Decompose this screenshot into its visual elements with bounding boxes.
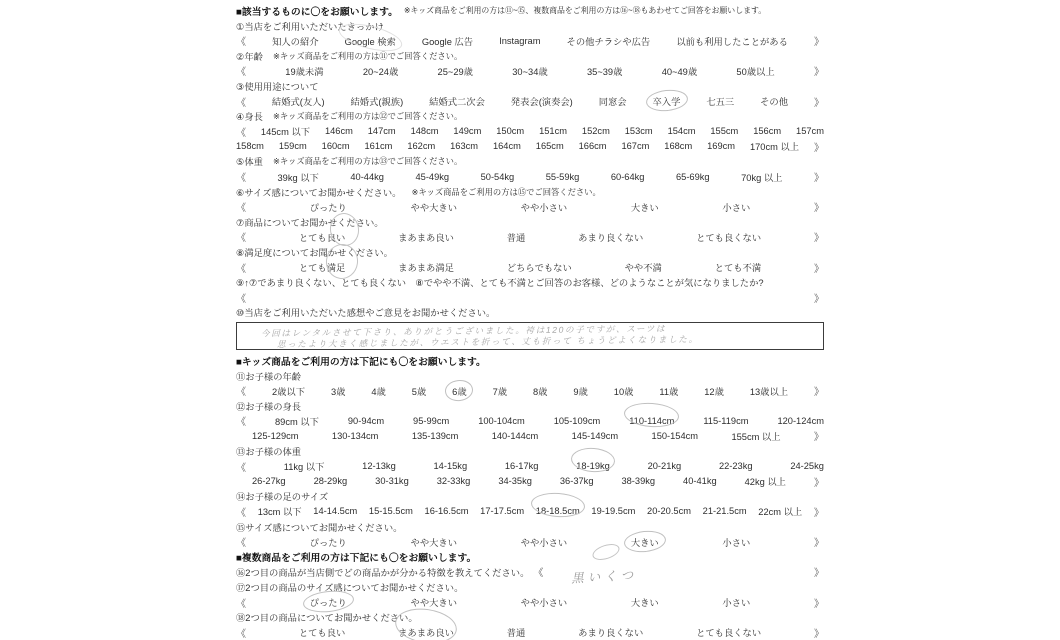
- option: 知人の紹介: [272, 34, 319, 48]
- option: 11歳: [659, 384, 678, 398]
- open-bracket: 《: [236, 124, 246, 139]
- question-label: ⑫お子様の身長: [236, 398, 824, 413]
- section-title: ■複数商品をご利用の方は下記にも〇をお願いします。: [236, 550, 476, 564]
- open-bracket: 《: [236, 383, 246, 398]
- close-bracket: 》: [814, 564, 824, 579]
- question-with-answer: ⑯2つ目の商品が当店側でどの商品かが分かる特徴を教えてください。《黒いくつ》: [236, 564, 824, 579]
- option: 28-29kg: [314, 476, 348, 486]
- option: とても良い: [299, 625, 346, 639]
- option: 大きい: [631, 595, 659, 609]
- question-label: ③使用用途について: [236, 78, 824, 93]
- option: 10歳: [614, 384, 634, 398]
- option: 14-15kg: [434, 461, 468, 471]
- option: 164cm: [493, 141, 521, 151]
- option: 26-27kg: [252, 476, 286, 486]
- option: 150cm: [496, 126, 524, 136]
- options-row: 《89cm 以下90-94cm95-99cm100-104cm105-109cm…: [236, 413, 824, 428]
- question-text: ⑧満足度についてお聞かせください。: [236, 245, 393, 259]
- options-row: 《とても良いまあまあ良い普通あまり良くないとても良くない》: [236, 229, 824, 244]
- option: 140-144cm: [492, 431, 539, 441]
- option-circled: 6歳: [452, 384, 466, 398]
- option: やや大きい: [411, 535, 458, 549]
- question-text: ③使用用途について: [236, 79, 319, 93]
- option: 153cm: [625, 126, 653, 136]
- option: 14-14.5cm: [313, 506, 357, 516]
- option: 156cm: [753, 126, 781, 136]
- option-circled: 18-18.5cm: [536, 506, 580, 516]
- open-bracket: 《: [236, 199, 246, 214]
- option: 19-19.5cm: [591, 506, 635, 516]
- option: 発表会(演奏会): [511, 94, 573, 108]
- question-label: ⑮サイズ感についてお聞かせください。: [236, 519, 824, 534]
- options-row: 《ぴったりやや大きいやや小さい大きい小さい》: [236, 199, 824, 214]
- option: 42kg 以上: [745, 474, 786, 488]
- option: 17-17.5cm: [480, 506, 524, 516]
- close-bracket: 》: [814, 33, 824, 48]
- options-row: 《13cm 以下14-14.5cm15-15.5cm16-16.5cm17-17…: [236, 504, 824, 519]
- scanned-survey-page: ■該当するものに〇をお願いします。※キッズ商品をご利用の方は⑪~⑮、複数商品をご…: [0, 0, 1060, 640]
- open-bracket: 《: [236, 625, 246, 640]
- option: 3歳: [331, 384, 345, 398]
- question-note: ※キッズ商品をご利用の方は⑫でご回答ください。: [273, 110, 462, 122]
- close-bracket: 》: [814, 534, 824, 549]
- option: 25~29歳: [438, 64, 473, 78]
- option: 40-44kg: [350, 172, 384, 182]
- option: Instagram: [499, 36, 540, 46]
- option: 146cm: [325, 126, 353, 136]
- question-note: ※キッズ商品をご利用の方は⑬でご回答ください。: [273, 155, 462, 167]
- option: 105-109cm: [554, 416, 601, 426]
- option: 40~49歳: [662, 64, 697, 78]
- option: 16-17kg: [505, 461, 539, 471]
- option: 8歳: [533, 384, 547, 398]
- section-kids: ■キッズ商品をご利用の方は下記にも〇をお願いします。: [236, 353, 824, 368]
- close-bracket: 》: [814, 199, 824, 214]
- option: 24-25kg: [790, 461, 824, 471]
- option: 20-21kg: [648, 461, 682, 471]
- option: どちらでもない: [507, 260, 572, 274]
- option: やや大きい: [411, 200, 458, 214]
- option-circled: 大きい: [631, 535, 659, 549]
- option: 同窓会: [599, 94, 627, 108]
- option: 普通: [507, 625, 526, 639]
- option: 12-13kg: [362, 461, 396, 471]
- option: 149cm: [453, 126, 481, 136]
- question-label: ⑭お子様の足のサイズ: [236, 489, 824, 504]
- option: 結婚式二次会: [429, 94, 485, 108]
- option: とても良くない: [696, 230, 761, 244]
- options-row: 158cm159cm160cm161cm162cm163cm164cm165cm…: [236, 139, 824, 154]
- open-bracket: 《: [236, 290, 246, 305]
- option: 大きい: [631, 200, 659, 214]
- option: 結婚式(友人): [272, 94, 325, 108]
- question-label: ⑨↑⑦であまり良くない、とても良くない ⑧でやや不満、とても不満とご回答のお客様…: [236, 275, 824, 290]
- question-text: ④身長: [236, 109, 263, 123]
- option: 20-20.5cm: [647, 506, 691, 516]
- option: 2歳以下: [272, 384, 305, 398]
- option: 小さい: [722, 595, 750, 609]
- option-circled: Google 検索: [345, 34, 396, 48]
- option: とても満足: [299, 260, 346, 274]
- options-row: 《とても満足まあまあ満足どちらでもないやや不満とても不満》: [236, 260, 824, 275]
- question-text: ⑬お子様の体重: [236, 444, 301, 458]
- option: 19歳未満: [285, 64, 323, 78]
- option: 55-59kg: [546, 172, 580, 182]
- option: 155cm 以上: [731, 429, 780, 443]
- question-label: ②年齢※キッズ商品をご利用の方は⑪でご回答ください。: [236, 48, 824, 63]
- question-text: ②年齢: [236, 49, 263, 63]
- options-row: 《ぴったりやや大きいやや小さい大きい小さい》: [236, 594, 824, 609]
- option-circled: 卒入学: [653, 94, 681, 108]
- option: 小さい: [722, 200, 750, 214]
- question-text: ⑫お子様の身長: [236, 399, 301, 413]
- question-text: ⑱2つ目の商品についてお聞かせください。: [236, 610, 418, 624]
- option: 154cm: [668, 126, 696, 136]
- option-circled: ぴったり: [310, 595, 347, 609]
- option: 4歳: [371, 384, 385, 398]
- open-bracket: 《: [236, 459, 246, 474]
- option: 167cm: [621, 141, 649, 151]
- question-label: ④身長※キッズ商品をご利用の方は⑫でご回答ください。: [236, 109, 824, 124]
- option: 11kg 以下: [284, 459, 325, 473]
- close-bracket: 》: [814, 625, 824, 640]
- option: やや小さい: [521, 595, 568, 609]
- option: 70kg 以上: [741, 170, 782, 184]
- question-note: ※キッズ商品をご利用の方は⑪でご回答ください。: [273, 50, 462, 62]
- question-label: ⑥サイズ感についてお聞かせください。※キッズ商品をご利用の方は⑮でご回答ください…: [236, 184, 824, 199]
- option: とても不満: [715, 260, 762, 274]
- open-bracket: 《: [236, 169, 246, 184]
- section-title: ■キッズ商品をご利用の方は下記にも〇をお願いします。: [236, 354, 486, 368]
- question-text: ⑯2つ目の商品が当店側でどの商品かが分かる特徴を教えてください。: [236, 565, 529, 579]
- question-text: ⑰2つ目の商品のサイズ感についてお聞かせください。: [236, 580, 463, 594]
- option: 以前も利用したことがある: [676, 34, 788, 48]
- close-bracket: 》: [814, 504, 824, 519]
- question-text: ⑮サイズ感についてお聞かせください。: [236, 520, 402, 534]
- close-bracket: 》: [814, 428, 824, 443]
- question-label: ⑧満足度についてお聞かせください。: [236, 245, 824, 260]
- option: 7歳: [493, 384, 507, 398]
- option: その他チラシや広告: [567, 34, 651, 48]
- options-row: 《2歳以下3歳4歳5歳6歳7歳8歳9歳10歳11歳12歳13歳以上》: [236, 383, 824, 398]
- options-row: 《ぴったりやや大きいやや小さい大きい小さい》: [236, 534, 824, 549]
- option: とても良い: [299, 230, 346, 244]
- option: 130-134cm: [332, 431, 379, 441]
- option: 50-54kg: [481, 172, 515, 182]
- option: 120-124cm: [777, 416, 824, 426]
- option: 60-64kg: [611, 172, 645, 182]
- option: 38-39kg: [621, 476, 655, 486]
- section-title: ■該当するものに〇をお願いします。: [236, 4, 398, 18]
- option: 157cm: [796, 126, 824, 136]
- close-bracket: 》: [814, 290, 824, 305]
- option: 65-69kg: [676, 172, 710, 182]
- question-text: ⑦商品についてお聞かせください。: [236, 215, 384, 229]
- option: まあまあ満足: [398, 260, 454, 274]
- options-row: 125-129cm130-134cm135-139cm140-144cm145-…: [236, 428, 824, 443]
- option: 22cm 以上: [758, 504, 802, 518]
- close-bracket: 》: [814, 169, 824, 184]
- options-row: 《結婚式(友人)結婚式(親族)結婚式二次会発表会(演奏会)同窓会卒入学七五三その…: [236, 94, 824, 109]
- option: 16-16.5cm: [425, 506, 469, 516]
- option: 151cm: [539, 126, 567, 136]
- section-note: ※キッズ商品をご利用の方は⑪~⑮、複数商品をご利用の方は⑯~⑱もあわせてご回答を…: [404, 5, 766, 16]
- option: まあまあ良い: [398, 230, 454, 244]
- question-label: ⑰2つ目の商品のサイズ感についてお聞かせください。: [236, 579, 824, 594]
- open-bracket: 《: [236, 229, 246, 244]
- option: 163cm: [450, 141, 478, 151]
- option: 145-149cm: [572, 431, 619, 441]
- option: 50歳以上: [736, 64, 774, 78]
- question-label: ⑩当店をご利用いただいた感想やご意見をお聞かせください。: [236, 305, 824, 320]
- options-row: 《》: [236, 290, 824, 305]
- question-label: ⑱2つ目の商品についてお聞かせください。: [236, 610, 824, 625]
- close-bracket: 》: [814, 260, 824, 275]
- question-text: ⑭お子様の足のサイズ: [236, 489, 328, 503]
- option: 30~34歳: [512, 64, 547, 78]
- option: ぴったり: [310, 200, 347, 214]
- option: 168cm: [664, 141, 692, 151]
- option: 小さい: [722, 535, 750, 549]
- option: 145cm 以下: [261, 124, 310, 138]
- options-row: 26-27kg28-29kg30-31kg32-33kg34-35kg36-37…: [236, 474, 824, 489]
- option: 152cm: [582, 126, 610, 136]
- question-note: ※キッズ商品をご利用の方は⑮でご回答ください。: [411, 186, 600, 198]
- option: 32-33kg: [437, 476, 471, 486]
- question-text: ⑤体重: [236, 154, 263, 168]
- question-text: ⑥サイズ感についてお聞かせください。: [236, 185, 401, 199]
- open-bracket: 《: [236, 534, 246, 549]
- option: やや小さい: [521, 200, 568, 214]
- option: 9歳: [573, 384, 587, 398]
- close-bracket: 》: [814, 229, 824, 244]
- option: あまり良くない: [578, 625, 643, 639]
- option: やや大きい: [411, 595, 458, 609]
- option: 22-23kg: [719, 461, 753, 471]
- option: ぴったり: [310, 535, 347, 549]
- option: 13歳以上: [750, 384, 788, 398]
- option: 165cm: [536, 141, 564, 151]
- survey-form: ■該当するものに〇をお願いします。※キッズ商品をご利用の方は⑪~⑮、複数商品をご…: [236, 3, 824, 640]
- open-bracket: 《: [236, 63, 246, 78]
- options-row: 《39kg 以下40-44kg45-49kg50-54kg55-59kg60-6…: [236, 169, 824, 184]
- option: 90-94cm: [348, 416, 384, 426]
- option: 170cm 以上: [750, 139, 799, 153]
- option-circled: 18-19kg: [576, 461, 610, 471]
- option: 95-99cm: [413, 416, 449, 426]
- option: 169cm: [707, 141, 735, 151]
- option: 七五三: [706, 94, 734, 108]
- options-row: 《145cm 以下146cm147cm148cm149cm150cm151cm1…: [236, 124, 824, 139]
- option: とても良くない: [696, 625, 761, 639]
- option: 135-139cm: [412, 431, 459, 441]
- close-bracket: 》: [814, 63, 824, 78]
- option: 115-119cm: [703, 416, 748, 426]
- option: 100-104cm: [478, 416, 525, 426]
- option: 39kg 以下: [278, 170, 319, 184]
- option: 159cm: [279, 141, 307, 151]
- option: 普通: [507, 230, 526, 244]
- comment-box: 今回はレンタルさせて下さり、ありがとうございました。袴は120の子ですが、スーツ…: [236, 322, 824, 350]
- option: 166cm: [579, 141, 607, 151]
- open-bracket: 《: [236, 260, 246, 275]
- option: 13cm 以下: [258, 504, 302, 518]
- option: 36-37kg: [560, 476, 594, 486]
- option: 5歳: [412, 384, 426, 398]
- question-text: ①当店をご利用いただいたきっかけ: [236, 19, 384, 33]
- section-main: ■該当するものに〇をお願いします。※キッズ商品をご利用の方は⑪~⑮、複数商品をご…: [236, 3, 824, 18]
- open-bracket: 《: [236, 595, 246, 610]
- close-bracket: 》: [814, 94, 824, 109]
- question-label: ⑤体重※キッズ商品をご利用の方は⑬でご回答ください。: [236, 154, 824, 169]
- open-bracket: 《: [236, 504, 246, 519]
- option: やや小さい: [521, 535, 568, 549]
- close-bracket: 》: [814, 383, 824, 398]
- option-circled: まあまあ良い: [398, 625, 454, 639]
- option: 40-41kg: [683, 476, 717, 486]
- option: 結婚式(親族): [351, 94, 404, 108]
- question-text: ⑨↑⑦であまり良くない、とても良くない ⑧でやや不満、とても不満とご回答のお客様…: [236, 275, 764, 289]
- question-label: ⑬お子様の体重: [236, 444, 824, 459]
- options-row: 《19歳未満20~24歳25~29歳30~34歳35~39歳40~49歳50歳以…: [236, 63, 824, 78]
- option: 150-154cm: [652, 431, 699, 441]
- option: 35~39歳: [587, 64, 622, 78]
- close-bracket: 》: [814, 139, 824, 154]
- option: 34-35kg: [498, 476, 532, 486]
- question-label: ⑦商品についてお聞かせください。: [236, 214, 824, 229]
- option: 160cm: [322, 141, 350, 151]
- options-row: 《11kg 以下12-13kg14-15kg16-17kg18-19kg20-2…: [236, 459, 824, 474]
- option: 12歳: [704, 384, 724, 398]
- option-circled: 110-114cm: [629, 416, 674, 426]
- option: 155cm: [710, 126, 738, 136]
- option: 161cm: [364, 141, 392, 151]
- question-label: ⑪お子様の年齢: [236, 368, 824, 383]
- option: 162cm: [407, 141, 435, 151]
- option: 21-21.5cm: [703, 506, 747, 516]
- question-text: ⑪お子様の年齢: [236, 369, 301, 383]
- open-bracket: 《: [236, 33, 246, 48]
- option: やや不満: [625, 260, 662, 274]
- open-bracket: 《: [236, 413, 246, 428]
- option: あまり良くない: [578, 230, 643, 244]
- option: 30-31kg: [375, 476, 409, 486]
- option: 148cm: [411, 126, 439, 136]
- open-bracket: 《: [236, 94, 246, 109]
- options-row: 《知人の紹介Google 検索Google 広告Instagramその他チラシや…: [236, 33, 824, 48]
- close-bracket: 》: [814, 595, 824, 610]
- question-text: ⑩当店をご利用いただいた感想やご意見をお聞かせください。: [236, 305, 495, 319]
- close-bracket: 》: [814, 474, 824, 489]
- option: Google 広告: [422, 34, 473, 48]
- option: 89cm 以下: [275, 414, 319, 428]
- option: 158cm: [236, 141, 264, 151]
- option: 147cm: [368, 126, 396, 136]
- option: 125-129cm: [252, 431, 299, 441]
- options-row: 《とても良いまあまあ良い普通あまり良くないとても良くない》: [236, 625, 824, 640]
- option: 45-49kg: [416, 172, 450, 182]
- option: 20~24歳: [363, 64, 398, 78]
- question-label: ①当店をご利用いただいたきっかけ: [236, 18, 824, 33]
- option: その他: [760, 94, 788, 108]
- option: 15-15.5cm: [369, 506, 413, 516]
